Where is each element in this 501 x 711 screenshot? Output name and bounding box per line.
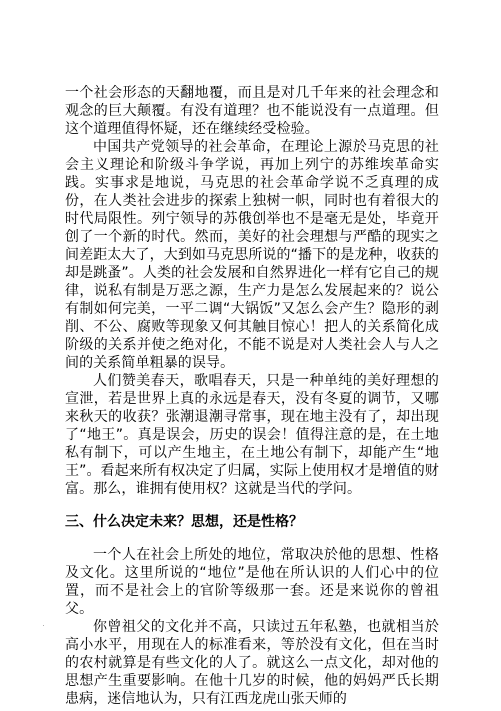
document-page: 一个社会形态的天翻地覆，而且是对几千年来的社会理念和观念的巨大颠覆。有没有道理？… [65, 84, 439, 708]
paragraph: 人们赞美春天，歌唱春天，只是一种单纯的美好理想的宣泄，若是世界上真的永远是春天，… [65, 372, 439, 498]
paragraph: 一个社会形态的天翻地覆，而且是对几千年来的社会理念和观念的巨大颠覆。有没有道理？… [65, 84, 439, 138]
scan-artifact-dot [43, 625, 44, 626]
paragraph: 你曾祖父的文化并不高，只读过五年私塾，也就相当於高小水平，用现在人的标准看来，等… [65, 618, 439, 708]
paragraph: 中国共产党领导的社会革命，在理论上源於马克思的社会主义理论和阶级斗争学说，再加上… [65, 138, 439, 372]
section-heading: 三、什么决定未来？思想，还是性格？ [65, 513, 439, 531]
paragraph: 一个人在社会上所处的地位，常取决於他的思想、性格及文化。这里所说的“地位”是他在… [65, 546, 439, 618]
